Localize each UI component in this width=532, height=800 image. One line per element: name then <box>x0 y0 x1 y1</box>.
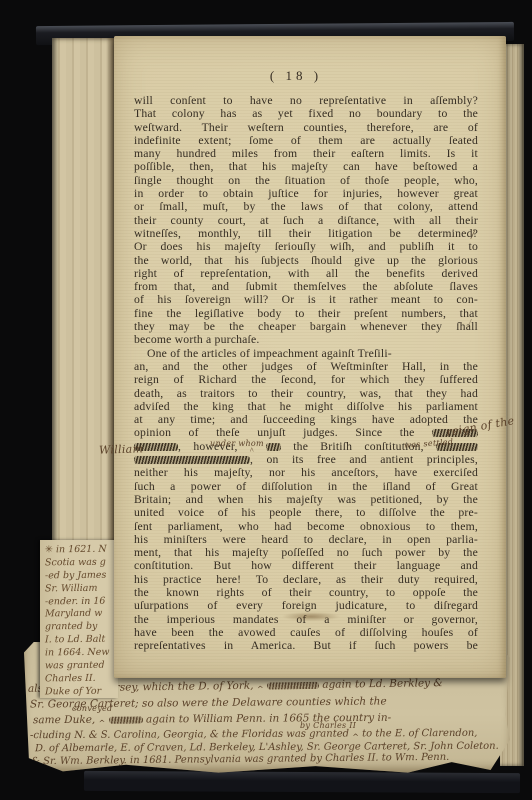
printed-line: Britain; and when his majeſty was petiti… <box>134 493 478 506</box>
printed-text: opinion of theſe unjuſt judges. Since th… <box>134 426 415 439</box>
printed-line: ment, that his majeſty poſſeſſed no ſuch… <box>134 546 478 559</box>
printed-line: or ſmall, muſt, by the laws of that colo… <box>134 200 478 213</box>
printed-line: poſſible, then, that his majeſty can hav… <box>134 160 478 173</box>
printed-line: One of the articles of impeachment again… <box>134 347 478 360</box>
printed-line: right of repreſentation, with all the be… <box>134 267 478 280</box>
manuscript-text: again to Ld. Berkley & <box>322 677 443 691</box>
strikeout-scribble <box>134 456 250 464</box>
manuscript-line: & Sr. Wm. Berkley. in 1681. Pennsylvania… <box>31 752 449 767</box>
printed-line: ſuch a power of diſſolution in the iſlan… <box>134 480 478 493</box>
printed-lines-b: an, and the other judges of Weſtminſter … <box>134 360 478 426</box>
slip-line: was granted <box>40 660 118 674</box>
printed-line: repreſentatives in America. But if ſuch … <box>134 639 478 652</box>
manuscript-text: & Sr. Wm. Berkley. in 1681. Pennsylvania… <box>31 752 449 767</box>
printed-line: the world, that his ſubjects ſhould give… <box>134 254 478 267</box>
printed-lines-a: will conſent to have no repreſentative i… <box>134 94 478 333</box>
printed-line-edited: , on its free and antient principles, <box>134 453 478 466</box>
printed-line: fine the legiſlative body to their preſe… <box>134 307 478 320</box>
printed-line: weſtward. Their weſtern counties, theref… <box>134 121 478 134</box>
printed-line: the known rights of their country, to op… <box>134 586 478 599</box>
slip-line: Sr. William <box>40 582 118 596</box>
manuscript-side-slip: ✳ in 1621. NScotia was g-ed by JamesSr. … <box>40 540 118 698</box>
printed-page: ( 18 ) will conſent to have no repreſent… <box>114 36 506 678</box>
printed-line: his practice here! To declare, as their … <box>134 573 478 586</box>
slip-line: granted by <box>40 621 118 635</box>
printed-line-edited: opinion of theſe unjuſt judges. Since th… <box>134 426 478 439</box>
printed-line: from that, and ſubmit themſelves the abſ… <box>134 280 478 293</box>
manuscript-text: same Duke, <box>33 714 95 726</box>
slip-line: ✳ in 1621. N <box>40 544 118 558</box>
strikeout-scribble <box>109 716 143 723</box>
printed-line: have been the avowed cauſes of diſſolvin… <box>134 626 478 639</box>
printed-line: become worth a purchaſe. <box>134 333 478 346</box>
strikeout-scribble <box>266 443 281 451</box>
book-cover-bottom-edge <box>84 771 520 793</box>
manuscript-text: -cluding N. & S. Carolina, Georgia, & th… <box>30 729 349 742</box>
book-photograph: also was New Jersey, which the D. of Yor… <box>0 0 532 800</box>
printed-line: in order to obtain juſtice for injuries,… <box>134 187 478 200</box>
slip-line: Charles II. <box>40 672 118 686</box>
margin-insert-william: William <box>99 442 144 457</box>
printed-line: they may be the cheaper bargain whenever… <box>134 320 478 333</box>
printed-line: witneſſes, monthly, till their litigatio… <box>134 227 478 240</box>
printed-line: adviſed the king that he might diſſolve … <box>134 400 478 413</box>
printed-line: his miniſters were heard to declare, in … <box>134 533 478 546</box>
printed-line: indefinite extent; ſome of them are actu… <box>134 134 478 147</box>
printed-line: ſent parliament, who had become obnoxiou… <box>134 520 478 533</box>
printed-line: neither his majeſty, nor his anceſtors, … <box>134 466 478 479</box>
printed-line: at any time; and ſucceeding kings have a… <box>134 413 478 426</box>
printed-line: conſtitution. But how different their la… <box>134 559 478 572</box>
printed-line: an, and the other judges of Weſtminſter … <box>134 360 478 373</box>
slip-lines: ✳ in 1621. NScotia was g-ed by JamesSr. … <box>40 540 118 698</box>
strikeout-scribble <box>267 682 319 690</box>
printed-line: their county court, at ſuch a diſtance, … <box>134 214 478 227</box>
caret-mark: ^ <box>257 685 264 694</box>
slip-line: -ed by James <box>40 569 118 583</box>
printed-lines-c: neither his majeſty, nor his anceſtors, … <box>134 466 478 652</box>
manuscript-text: to the E. of Clarendon, <box>362 728 477 740</box>
printed-text-block: will conſent to have no repreſentative i… <box>134 94 478 652</box>
slip-line: I. to Ld. Balt <box>40 634 118 648</box>
caret-mark: ^ <box>352 732 359 741</box>
caret-mark: ^ <box>99 719 106 728</box>
printed-line: many hundred miles from their eaſtern li… <box>134 147 478 160</box>
printed-line: That colony has as yet fixed no boundary… <box>134 107 478 120</box>
printed-line: death, as traitors to their country, was… <box>134 387 478 400</box>
printed-line: Or does his majeſty ſeriouſly wiſh, and … <box>134 240 478 253</box>
interlinear-insert-under-whom: under whom <box>210 439 264 448</box>
interlinear-insert-conveyed: conveyed <box>72 704 112 713</box>
printed-line: will conſent to have no repreſentative i… <box>134 94 478 107</box>
printed-line: ſingle thought on the ſituation of thoſe… <box>134 174 478 187</box>
interlinear-insert-by-charles: by Charles II <box>300 721 356 730</box>
page-number: ( 18 ) <box>114 68 478 84</box>
slip-line: Duke of Yor <box>40 685 118 698</box>
printed-text: , on its free and antient principles, <box>250 453 478 466</box>
slip-line: Scotia was g <box>40 556 118 570</box>
printed-line: uſurpations of every foreign judicature,… <box>134 599 478 612</box>
ink-smudge <box>282 612 340 621</box>
printed-line: reign of Richard the ſecond, for which t… <box>134 373 478 386</box>
printed-line: united voice of his people there, to diſ… <box>134 506 478 519</box>
slip-line: Maryland w <box>40 608 118 622</box>
slip-line: in 1664. New <box>40 647 118 661</box>
printed-line: of his ſovereign will? Or is it rather m… <box>134 293 478 306</box>
